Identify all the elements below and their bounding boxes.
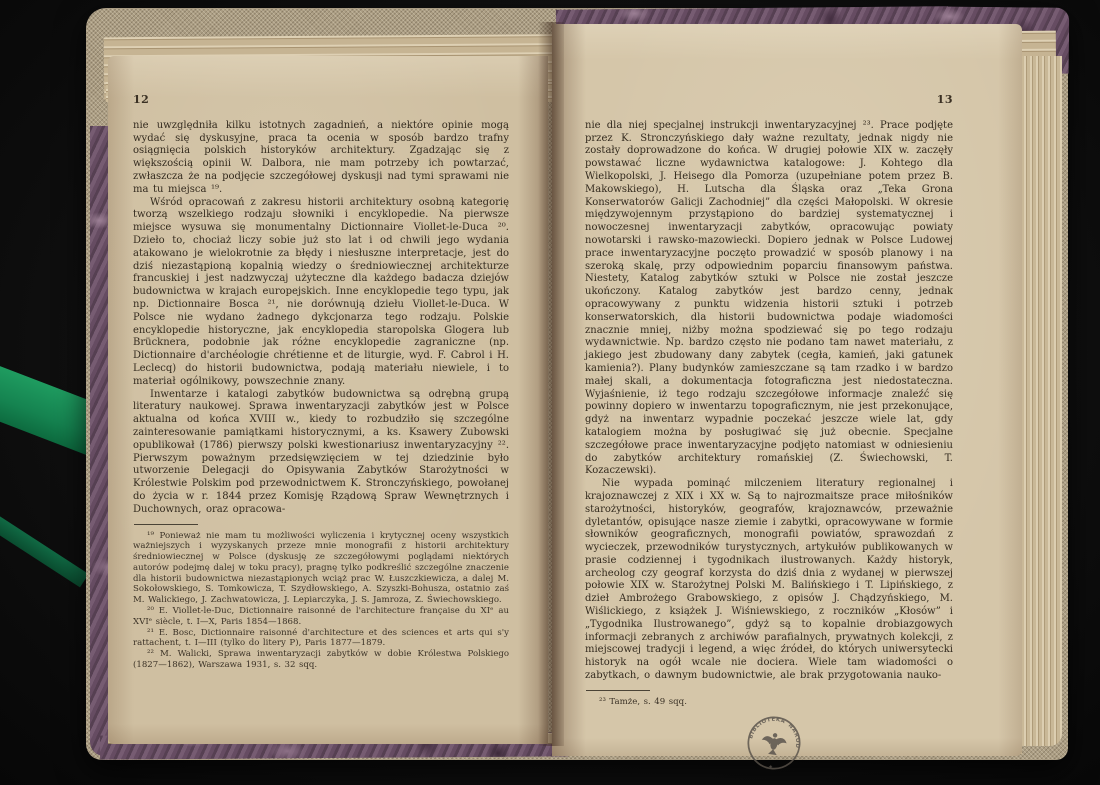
- page-stack-fore-edge: [1018, 56, 1062, 746]
- eagle-emblem-icon: [760, 731, 788, 756]
- footnote-separator: [134, 524, 198, 525]
- photo-background: 12 nie uwzględniła kilku istotnych zagad…: [0, 0, 1100, 785]
- library-stamp-row: BIBLIOTEKA NARODOWA ✦: [745, 714, 953, 774]
- page-number-right: 13: [585, 94, 953, 107]
- left-page-text-column: 12 nie uwzględniła kilku istotnych zagad…: [133, 94, 509, 671]
- gutter-shadow: [538, 22, 564, 746]
- paragraph: nie uwzględniła kilku istotnych zagadnie…: [133, 120, 509, 197]
- footnote: ²² M. Walicki, Sprawa inwentaryzacji zab…: [133, 649, 509, 671]
- footnote: ¹⁹ Ponieważ nie mam tu możliwości wylicz…: [133, 531, 509, 607]
- footnote: ²⁰ E. Viollet-le-Duc, Dictionnaire raiso…: [133, 606, 509, 628]
- footnote: ²³ Tamże, s. 49 sqq.: [585, 697, 953, 708]
- green-ribbon-lower: [0, 509, 89, 588]
- footnote: ²¹ E. Bosc, Dictionnaire raisonné d'arch…: [133, 628, 509, 650]
- paragraph: Nie wypada pominąć milczeniem literatury…: [585, 478, 953, 683]
- paragraph: nie dla niej specjalnej instrukcji inwen…: [585, 120, 953, 478]
- footnote-separator: [586, 690, 650, 691]
- paragraph: Inwentarze i katalogi zabytków budownict…: [133, 389, 509, 517]
- open-book: 12 nie uwzględniła kilku istotnych zagad…: [86, 8, 1068, 760]
- paragraph: Wśród opracowań z zakresu historii archi…: [133, 197, 509, 389]
- page-number-left: 12: [133, 94, 509, 107]
- right-page-text-column: 13 nie dla niej specjalnej instrukcji in…: [585, 94, 953, 774]
- library-stamp-icon: BIBLIOTEKA NARODOWA ✦: [741, 710, 807, 776]
- stamp-star-icon: ✦: [767, 763, 773, 771]
